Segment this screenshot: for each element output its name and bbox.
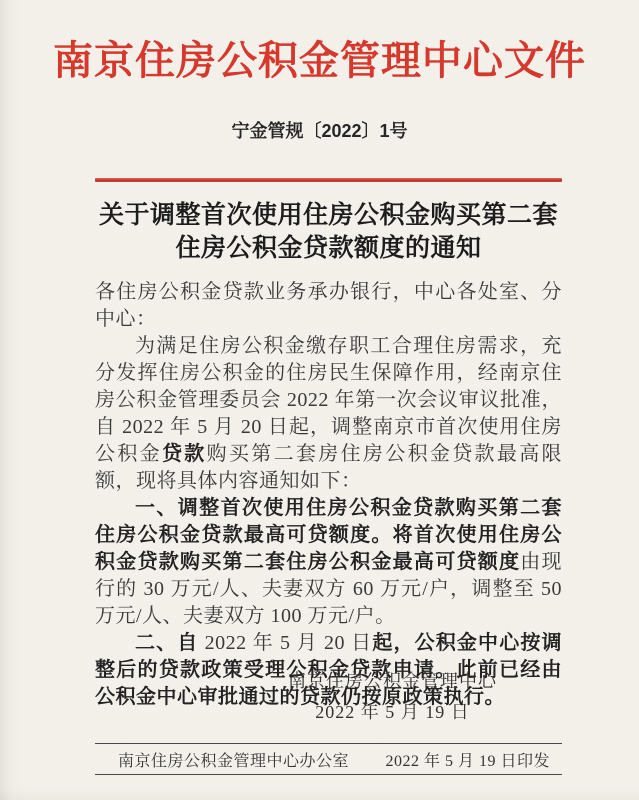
- red-divider-line: [95, 178, 562, 182]
- paragraph-3-seg2: 2022 年 5 月 20 日: [198, 632, 372, 654]
- paragraph-2: 一、调整首次使用住房公积金贷款购买第二套住房公积金贷款最高可贷额度。将首次使用住…: [95, 495, 562, 630]
- salutation-line: 各住房公积金贷款业务承办银行，中心各处室、分中心：: [95, 279, 562, 333]
- footer-office: 南京住房公积金管理中心办公室: [118, 748, 349, 771]
- document-title-line1: 关于调整首次使用住房公积金购买第二套: [80, 199, 577, 232]
- signature-date: 2022 年 5 月 19 日: [285, 697, 500, 728]
- letterhead-org-title: 南京住房公积金管理中心文件: [40, 32, 599, 90]
- salutation-text: 各住房公积金贷款业务承办银行，中心各处室、分中心：: [95, 281, 562, 330]
- paragraph-1-seg2-bold: 贷款: [162, 443, 207, 465]
- footer-print-date: 2022 年 5 月 19 日印发: [385, 748, 550, 771]
- paragraph-1: 为满足住房公积金缴存职工合理住房需求，充分发挥住房公积金的住房民生保障作用，经南…: [95, 333, 562, 495]
- document-body: 各住房公积金贷款业务承办银行，中心各处室、分中心： 为满足住房公积金缴存职工合理…: [95, 279, 562, 711]
- paragraph-3-seg1-bold: 二、自: [135, 632, 198, 654]
- document-number: 宁金管规〔2022〕1号: [40, 119, 599, 143]
- paragraph-2-seg1-bold: 一、调整首次使用住房公积金贷款购买第二套住房公积金贷款最高可贷额度。将首次使用住…: [95, 497, 562, 573]
- document-title: 关于调整首次使用住房公积金购买第二套 住房公积金贷款额度的通知: [80, 199, 577, 265]
- signature-org: 南京住房公积金管理中心: [285, 666, 500, 697]
- document-page: 南京住房公积金管理中心文件 宁金管规〔2022〕1号 关于调整首次使用住房公积金…: [0, 0, 639, 800]
- signature-block: 南京住房公积金管理中心 2022 年 5 月 19 日: [285, 666, 500, 728]
- document-title-line2: 住房公积金贷款额度的通知: [80, 232, 577, 265]
- footer-imprint-bar: 南京住房公积金管理中心办公室 2022 年 5 月 19 日印发: [95, 743, 562, 775]
